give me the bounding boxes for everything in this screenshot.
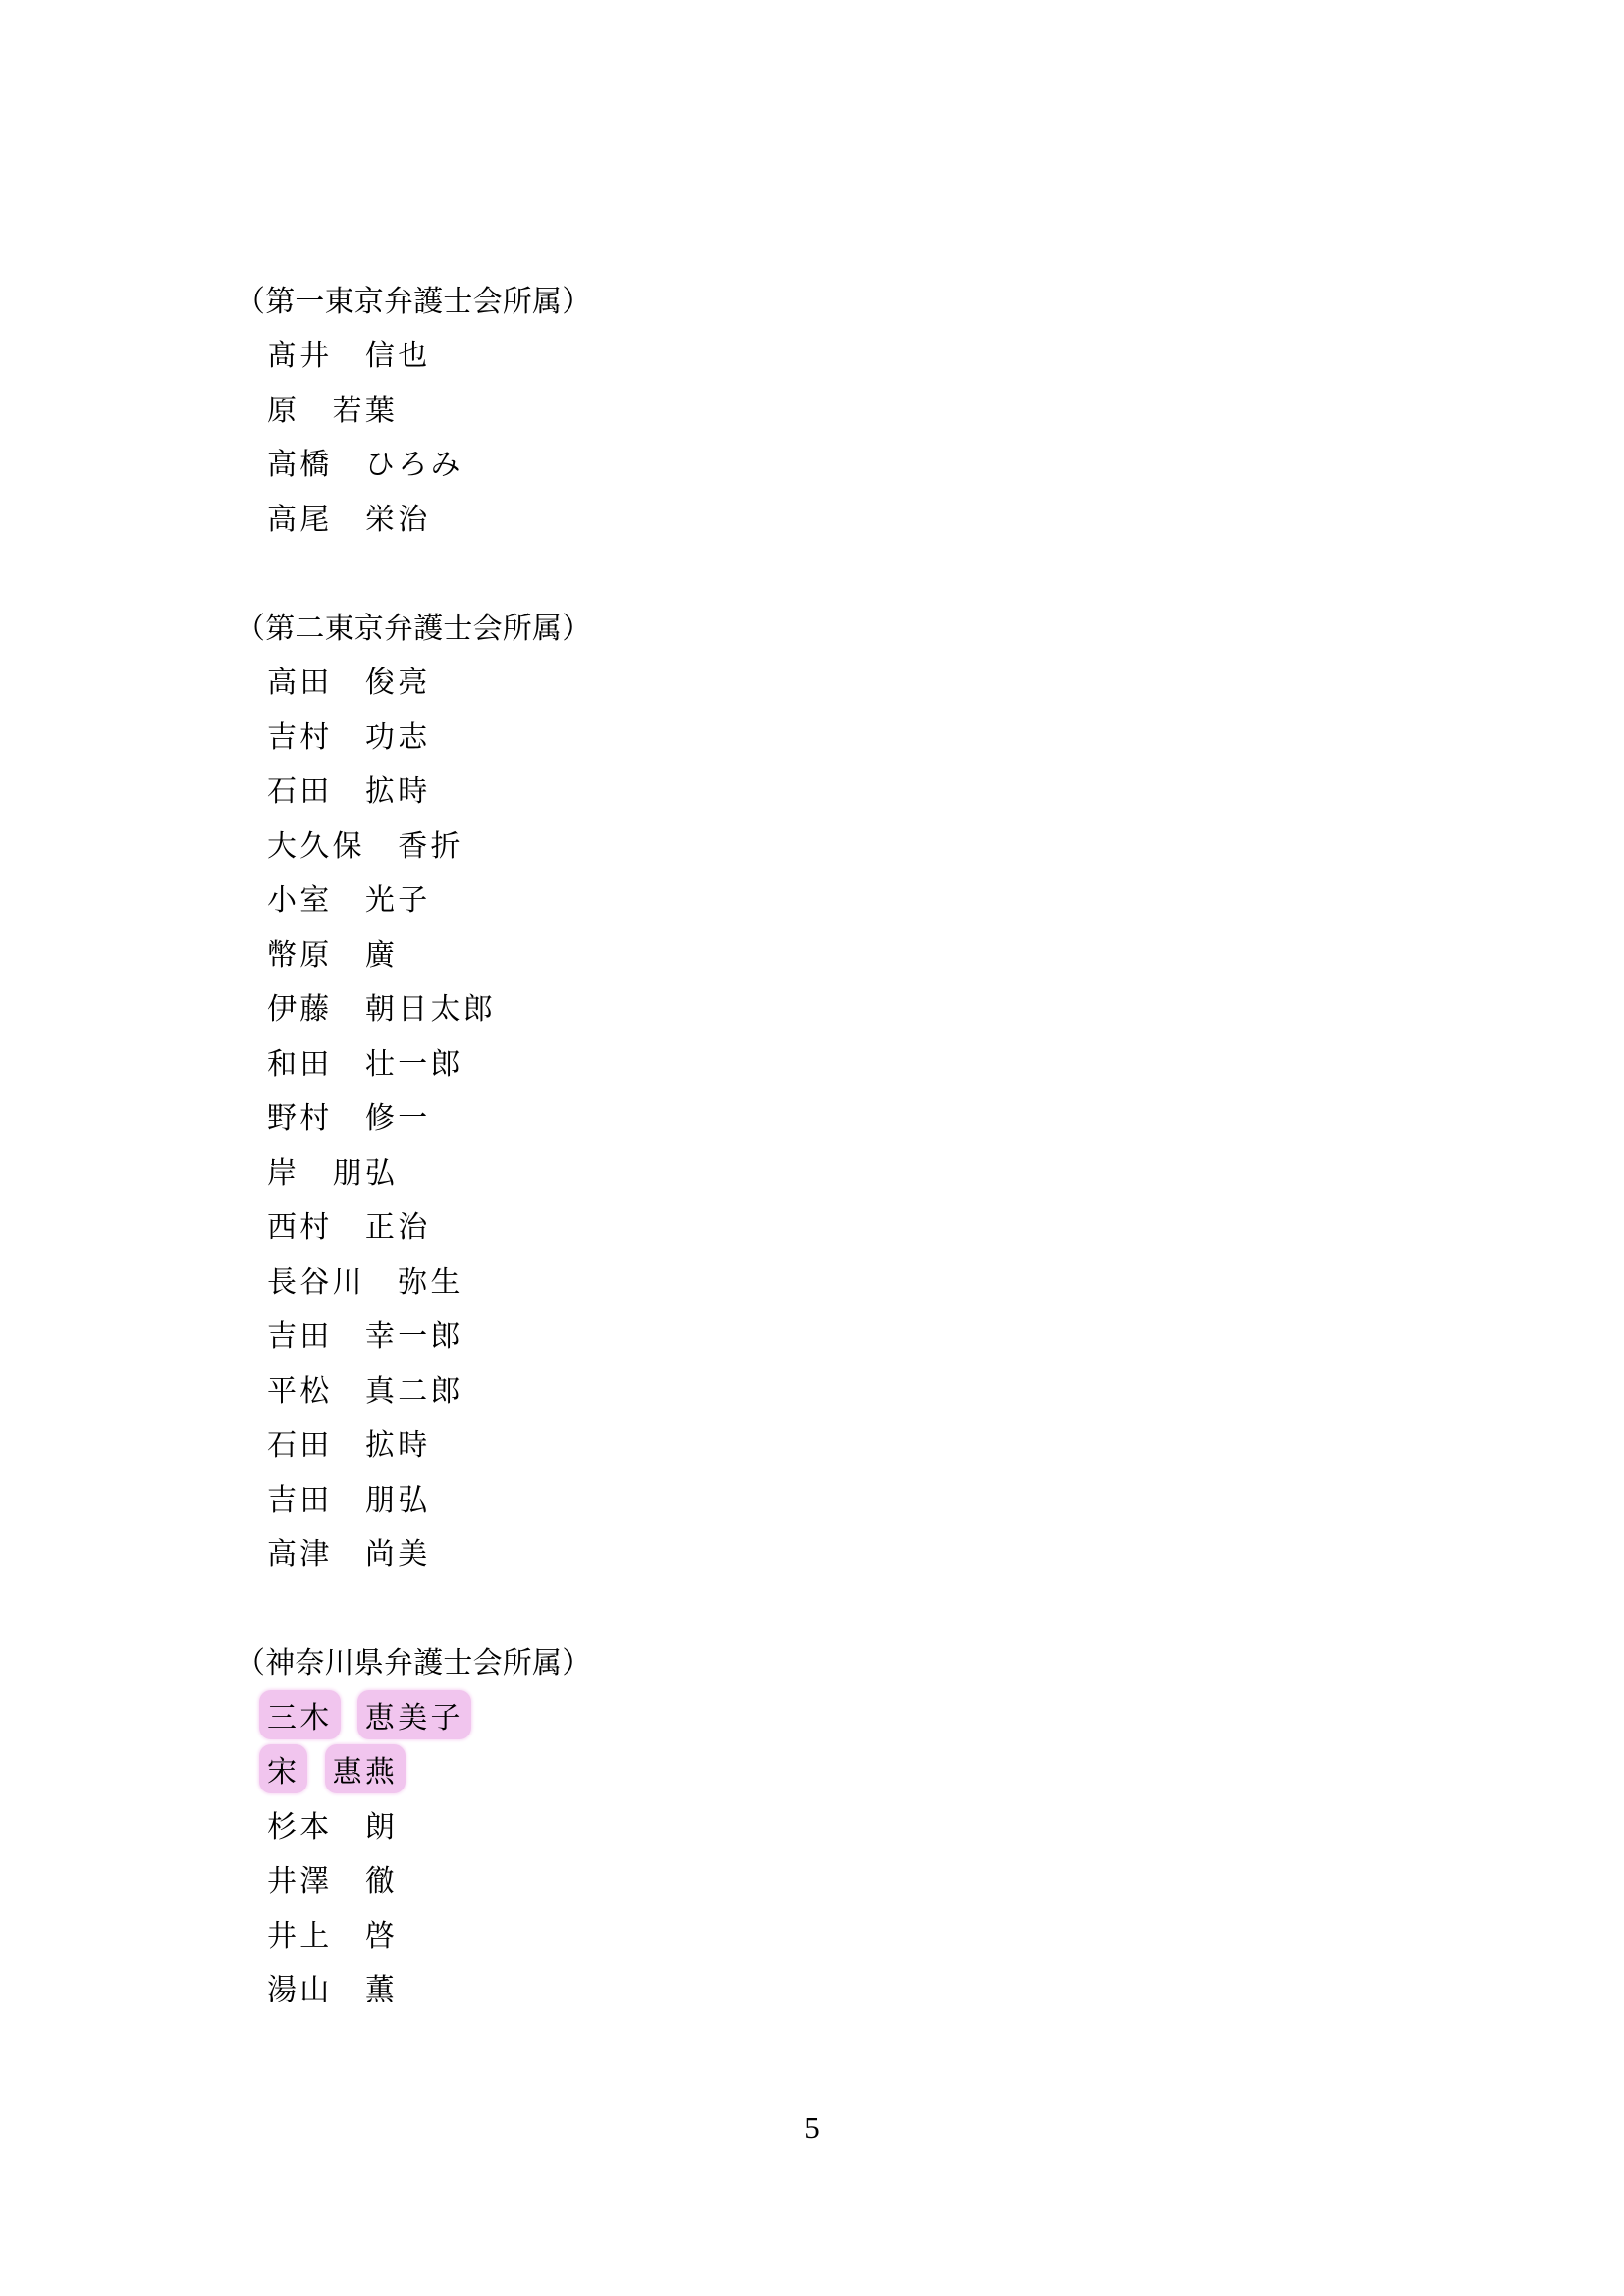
given-name-text: 光子	[365, 876, 431, 919]
given-name-text: 朋弘	[365, 1475, 431, 1519]
surname-text: 吉村	[267, 713, 333, 756]
name-separator-space	[333, 713, 365, 756]
section-header: （神奈川県弁護士会所属）	[236, 1633, 591, 1688]
name-row: 長谷川 弥生	[236, 1252, 591, 1307]
surname-text: 石田	[267, 1420, 333, 1464]
bar-association-section: （第一東京弁護士会所属）髙井 信也原 若葉高橋 ひろみ高尾 栄治	[236, 271, 591, 544]
given-name-text: 廣	[365, 931, 398, 974]
surname-text: 吉田	[267, 1475, 333, 1519]
name-row: 杉本 朗	[236, 1796, 591, 1851]
name-separator-space	[333, 440, 365, 483]
given-name-text: 朗	[365, 1802, 398, 1845]
name-row: 平松 真二郎	[236, 1361, 591, 1415]
given-name-text: 徹	[365, 1856, 398, 1899]
name-separator-space	[333, 1311, 365, 1355]
surname-text: 高津	[267, 1529, 333, 1573]
name-row: 吉村 功志	[236, 707, 591, 762]
name-row: 高橋 ひろみ	[236, 435, 591, 490]
name-row: 高津 尚美	[236, 1524, 591, 1579]
name-row: 高田 俊亮	[236, 653, 591, 708]
name-separator-space	[333, 767, 365, 810]
surname-text: 高田	[267, 658, 333, 701]
given-name-text: 真二郎	[365, 1366, 463, 1410]
surname-text: 髙井	[267, 331, 333, 374]
name-separator-space	[333, 1965, 365, 2008]
name-separator-space	[333, 1040, 365, 1083]
name-separator-space	[333, 1366, 365, 1410]
surname-text: 岸	[267, 1148, 299, 1192]
given-name-text: 薫	[365, 1965, 398, 2008]
name-separator-space	[333, 931, 365, 974]
name-row: 石田 拡時	[236, 1415, 591, 1470]
surname-text: 幣原	[267, 931, 333, 974]
surname-text: 井上	[267, 1911, 333, 1954]
surname-text: 和田	[267, 1040, 333, 1083]
bar-association-section: （神奈川県弁護士会所属）三木 恵美子宋 惠燕杉本 朗井澤 徹井上 啓湯山 薫	[236, 1633, 591, 2015]
section-header: （第二東京弁護士会所属）	[236, 598, 591, 653]
given-name-text: 拡時	[365, 767, 431, 810]
name-row: 小室 光子	[236, 871, 591, 926]
surname-text: 伊藤	[267, 985, 333, 1028]
given-name-text: 若葉	[333, 386, 399, 429]
name-row: 高尾 栄治	[236, 489, 591, 544]
surname-text: 湯山	[267, 1965, 333, 2008]
name-row: 吉田 幸一郎	[236, 1307, 591, 1362]
given-name-text: 栄治	[365, 495, 431, 538]
given-name-text: ひろみ	[365, 440, 463, 483]
name-separator-space	[299, 1148, 332, 1192]
name-separator-space	[333, 1911, 365, 1954]
surname-text: 高橋	[267, 440, 333, 483]
given-name-text: 朝日太郎	[365, 985, 496, 1028]
name-separator-space	[333, 1529, 365, 1573]
name-row: 井澤 徹	[236, 1851, 591, 1906]
name-separator-space	[333, 985, 365, 1028]
name-row: 幣原 廣	[236, 925, 591, 980]
given-name-text: 功志	[365, 713, 431, 756]
surname-text: 井澤	[267, 1856, 333, 1899]
name-separator-space	[333, 1202, 365, 1246]
name-row: 吉田 朋弘	[236, 1469, 591, 1524]
name-separator-space	[333, 658, 365, 701]
name-separator-space	[299, 386, 332, 429]
name-separator-space	[365, 1257, 398, 1301]
given-name-text: 俊亮	[365, 658, 431, 701]
surname-text: 大久保	[267, 822, 365, 865]
name-separator-space	[333, 1094, 365, 1137]
name-row: 井上 啓	[236, 1905, 591, 1960]
name-separator-space	[365, 822, 398, 865]
given-name-text: 拡時	[365, 1420, 431, 1464]
given-name-text: 信也	[365, 331, 431, 374]
given-name-text: 尚美	[365, 1529, 431, 1573]
section-header: （第一東京弁護士会所属）	[236, 271, 591, 326]
name-row: 西村 正治	[236, 1198, 591, 1253]
given-name-text: 啓	[365, 1911, 398, 1954]
surname-text: 石田	[267, 767, 333, 810]
name-row: 石田 拡時	[236, 762, 591, 817]
surname-text: 高尾	[267, 495, 333, 538]
surname-text: 小室	[267, 876, 333, 919]
name-separator-space	[333, 1856, 365, 1899]
surname-text: 吉田	[267, 1311, 333, 1355]
surname-text: 西村	[267, 1202, 333, 1246]
name-row: 原 若葉	[236, 380, 591, 435]
given-name-text: 朋弘	[333, 1148, 399, 1192]
name-separator-space	[333, 495, 365, 538]
page-number: 5	[0, 2110, 1624, 2146]
bar-association-section: （第二東京弁護士会所属）高田 俊亮吉村 功志石田 拡時大久保 香折小室 光子幣原…	[236, 598, 591, 1578]
surname-text: 長谷川	[267, 1257, 365, 1301]
name-separator-space	[333, 1475, 365, 1519]
name-row: 三木 恵美子	[236, 1687, 591, 1742]
name-separator-space	[333, 1802, 365, 1845]
surname-text: 平松	[267, 1366, 333, 1410]
name-separator-space	[333, 1420, 365, 1464]
document-page: （第一東京弁護士会所属）髙井 信也原 若葉高橋 ひろみ高尾 栄治（第二東京弁護士…	[0, 0, 1624, 2296]
name-separator-space	[333, 331, 365, 374]
given-name-text: 幸一郎	[365, 1311, 463, 1355]
name-separator-space	[333, 876, 365, 919]
member-list: （第一東京弁護士会所属）髙井 信也原 若葉高橋 ひろみ高尾 栄治（第二東京弁護士…	[236, 271, 591, 2069]
surname-text: 野村	[267, 1094, 333, 1137]
name-row: 大久保 香折	[236, 816, 591, 871]
name-row: 岸 朋弘	[236, 1143, 591, 1198]
surname-text: 杉本	[267, 1802, 333, 1845]
surname-text-highlighted: 三木	[259, 1690, 341, 1739]
name-row: 野村 修一	[236, 1089, 591, 1144]
given-name-text: 壮一郎	[365, 1040, 463, 1083]
name-row: 伊藤 朝日太郎	[236, 980, 591, 1035]
given-name-text-highlighted: 惠燕	[325, 1744, 406, 1793]
surname-text: 原	[267, 386, 299, 429]
name-row: 和田 壮一郎	[236, 1034, 591, 1089]
given-name-text: 正治	[365, 1202, 431, 1246]
name-row: 宋 惠燕	[236, 1742, 591, 1797]
name-row: 髙井 信也	[236, 326, 591, 381]
given-name-text-highlighted: 恵美子	[357, 1690, 471, 1739]
given-name-text: 修一	[365, 1094, 431, 1137]
given-name-text: 香折	[398, 822, 463, 865]
given-name-text: 弥生	[398, 1257, 463, 1301]
name-row: 湯山 薫	[236, 1960, 591, 2015]
